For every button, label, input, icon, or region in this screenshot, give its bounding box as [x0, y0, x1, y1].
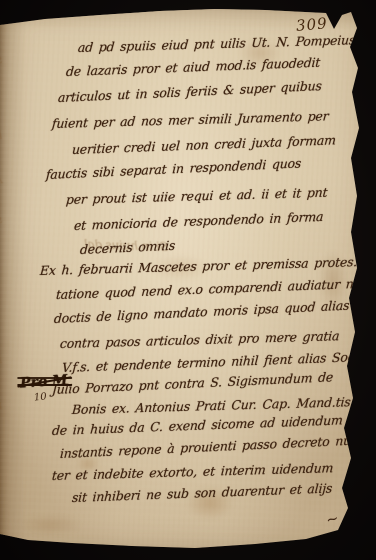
marginal-subscript: 10: [33, 391, 47, 403]
struck-marginal-note: Pro M: [19, 372, 68, 391]
manuscript-line: doctis de ligno mandato moris ipsa quod …: [54, 297, 364, 326]
manuscript-line: per prout ist uiie requi et ad. ii et it…: [65, 185, 328, 207]
manuscript-line: ad pd spuiis eiud pnt uilis Ut. N. Pompe…: [77, 32, 355, 55]
manuscript-line: fuient per ad nos mer simili Juramento p…: [51, 108, 329, 131]
manuscript-line: fauctis sibi separat in respondendi quos: [46, 155, 302, 182]
manuscript-line: de lazaris pror et aiud mod.is fauodedit: [65, 55, 320, 79]
manuscript-line: ueritier credi uel non credi juxta forma…: [71, 132, 336, 157]
manuscript-line: ter et indebite extorto, et interim uide…: [51, 460, 333, 483]
manuscript-page: signat adle feliciterAd. Cotti 698sum au…: [0, 0, 376, 560]
manuscript-text: ad pd spuiis eiud pnt uilis Ut. N. Pompe…: [0, 0, 376, 560]
manuscript-line: sit inhiberi ne sub son duarentur et ali…: [71, 480, 332, 505]
manuscript-line: instantis repone à prouienti passo decre…: [60, 432, 363, 461]
manuscript-line: contra pasos articulos dixit pro mere gr…: [59, 328, 339, 351]
manuscript-line: et monicioria de respondendo in forma: [73, 209, 323, 233]
manuscript-line: decernis omnis: [80, 238, 176, 257]
struck-text: Pro M: [19, 372, 68, 391]
manuscript-line: Ex h. februarii Mascetes pror et premiss…: [39, 254, 357, 278]
manuscript-line: articulos ut in solis feriis & super qui…: [58, 78, 323, 105]
